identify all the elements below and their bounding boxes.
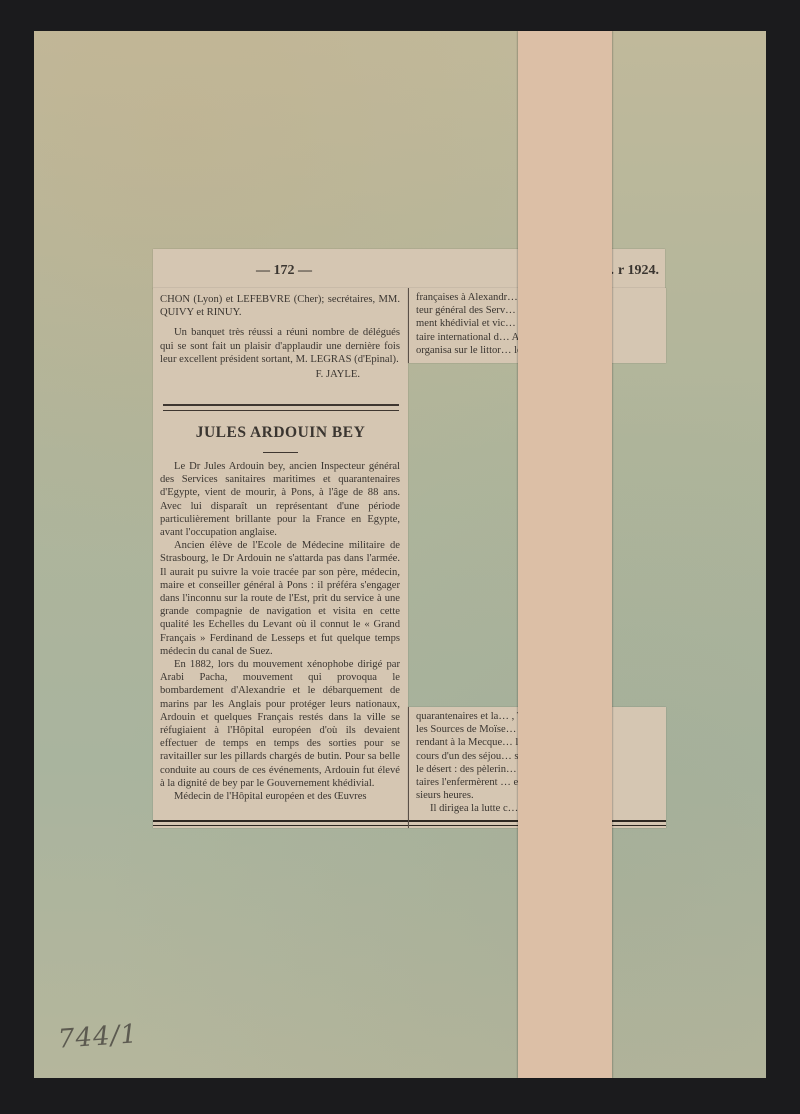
handwritten-catalog-number: 744/1 — [57, 1019, 139, 1055]
title-underline — [263, 452, 298, 453]
signature: F. JAYLE. — [160, 368, 360, 381]
paragraph-3: En 1882, lors du mouvement xénophobe dir… — [160, 658, 400, 790]
prior-article-end: CHON (Lyon) et LEFEBVRE (Cher); secrétai… — [160, 293, 400, 381]
section-divider — [163, 404, 399, 411]
paragraph-1: Le Dr Jules Ardouin bey, ancien Inspecte… — [160, 460, 400, 539]
banquet-paragraph: Un banquet très réussi a réuni nombre de… — [160, 326, 400, 366]
secretaries-line: CHON (Lyon) et LEFEBVRE (Cher); secrétai… — [160, 293, 400, 319]
paragraph-4: Médecin de l'Hôpital européen et des Œuv… — [160, 790, 400, 803]
article-body: Le Dr Jules Ardouin bey, ancien Inspecte… — [160, 460, 400, 803]
page-number: — 172 — — [256, 263, 312, 279]
bottom-rule — [153, 820, 408, 826]
overlay-paper-strip — [518, 31, 612, 1078]
article-title: JULES ARDOUIN BEY — [153, 424, 408, 442]
paragraph-2: Ancien élève de l'Ecole de Médecine mili… — [160, 539, 400, 658]
clipping-left-column: CHON (Lyon) et LEFEBVRE (Cher); secrétai… — [153, 288, 408, 828]
